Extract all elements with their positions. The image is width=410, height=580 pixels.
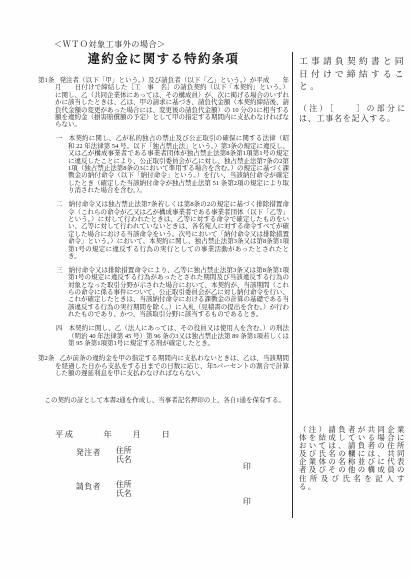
item-2-number: 二: [56, 201, 63, 208]
orderer-name-label: 氏名: [116, 456, 132, 465]
contractor-name-label: 氏名: [116, 490, 132, 499]
margin-notes-top: 工事請負契約書と同日付けで締結すること。 （注）［ ］の部分には、工事名を記入す…: [299, 55, 406, 125]
closing-clause: この契約の証として本書2通を作成し、当事者記名押印の上、各自1通を保有する。: [38, 397, 289, 404]
article-1-items: 一本契約に関し、乙が私的独占の禁止及び公正取引の確保に関する法律（昭和 22 年…: [38, 135, 289, 347]
item-3-number: 三: [56, 267, 63, 274]
item-2-text: 納付命令又は独占禁止法第7条若しくは第8条の2の規定に基づく排除措置命令（これら…: [68, 201, 289, 260]
contractor-field-labels: 住所 氏名: [116, 481, 132, 498]
orderer-role-label: 発注者: [76, 447, 106, 464]
item-4-number: 四: [56, 325, 63, 332]
margin-note-same-date: 工事請負契約書と同日付けで締結すること。: [299, 55, 406, 93]
date-line: 平成 年 月 日: [55, 429, 171, 440]
item-4-text: 本契約に関し、乙（法人にあっては、その役員又は使用人を含む。）の刑法（明治 40…: [68, 325, 289, 347]
contractor-role-label: 請負者: [76, 481, 106, 498]
main-text-column: 第1条発注者（以下「甲」という。）及び請負者（以下「乙」という。）が平成 年 月…: [38, 77, 289, 404]
item-1-number: 一: [56, 135, 63, 142]
article-2-label: 第2条: [38, 355, 54, 362]
margin-note-joint-venture: （注）請負者が共同企業体を結成している場合においては、請負者の住所及び氏名の欄に…: [299, 426, 406, 491]
contractor-seal-mark: 印: [243, 496, 251, 507]
item-1: 一本契約に関し、乙が私的独占の禁止及び公正取引の確保に関する法律（昭和 22 年…: [56, 135, 289, 194]
article-1-text: 発注者（以下「甲」という。）及び請負者（以下「乙」という。）が平成 年 月 日付…: [55, 77, 296, 128]
article-1: 第1条発注者（以下「甲」という。）及び請負者（以下「乙」という。）が平成 年 月…: [38, 77, 289, 129]
article-1-label: 第1条: [38, 77, 54, 84]
orderer-field-labels: 住所 氏名: [116, 447, 132, 464]
signature-block-orderer: 発注者 住所 氏名: [76, 447, 132, 464]
signature-block-contractor: 請負者 住所 氏名: [76, 481, 132, 498]
item-3: 三納付命令又は排除措置命令により、乙等に独占禁止法第3条又は第8条第1項第1号の…: [56, 267, 289, 319]
item-2: 二納付命令又は独占禁止法第7条若しくは第8条の2の規定に基づく排除措置命令（これ…: [56, 201, 289, 260]
item-4: 四本契約に関し、乙（法人にあっては、その役員又は使用人を含む。）の刑法（明治 4…: [56, 325, 289, 347]
item-3-text: 納付命令又は排除措置命令により、乙等に独占禁止法第3条又は第8条第1項第1号の規…: [68, 267, 289, 318]
article-2: 第2条乙が前条の違約金を甲の指定する期間内に支払わないときは、乙は、当該期間を経…: [38, 355, 289, 377]
orderer-seal-mark: 印: [243, 461, 251, 472]
document-page: ＜ＷＴＯ対象工事外の場合＞ 違約金に関する特約条項 第1条発注者（以下「甲」とい…: [0, 0, 410, 580]
margin-note-project-name: （注）［ ］の部分には、工事名を記入する。: [299, 104, 406, 125]
column-divider-line: [292, 52, 293, 518]
item-1-text: 本契約に関し、乙が私的独占の禁止及び公正取引の確保に関する法律（昭和 22 年法…: [68, 135, 289, 194]
article-2-text: 乙が前条の違約金を甲の指定する期間内に支払わないときは、乙は、当該期間を経過した…: [55, 355, 289, 377]
page-title: 違約金に関する特約条項: [38, 49, 289, 67]
